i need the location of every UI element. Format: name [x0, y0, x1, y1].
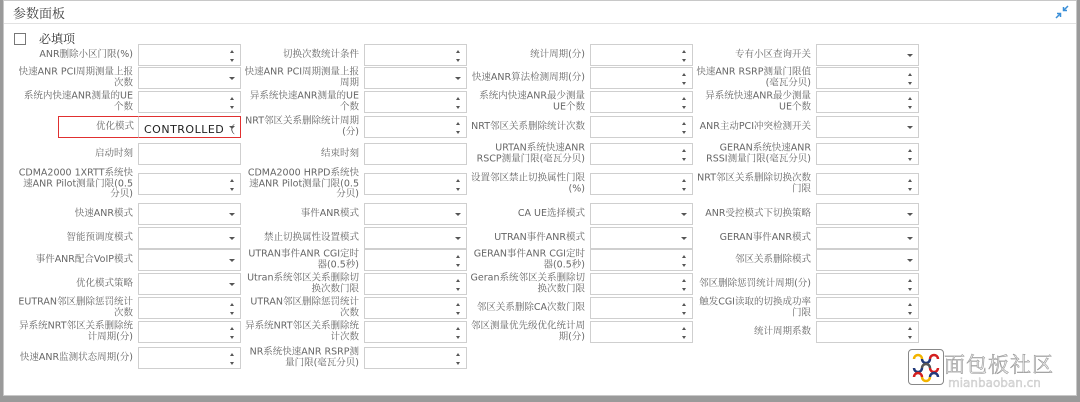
param-field: 统计周期系数	[689, 321, 919, 343]
param-label: ANR删除小区门限(%)	[18, 50, 133, 61]
chevron-down-icon[interactable]	[907, 259, 913, 262]
spinner-arrows-icon[interactable]	[229, 303, 235, 315]
spinner-arrows-icon[interactable]	[681, 50, 687, 62]
param-label: 快速ANR模式	[18, 209, 133, 220]
chevron-down-icon[interactable]	[455, 77, 461, 80]
param-spinner[interactable]	[138, 91, 241, 113]
param-spinner[interactable]	[364, 91, 467, 113]
chevron-down-icon[interactable]	[681, 237, 687, 240]
param-label: UTRAN事件ANR模式	[470, 233, 585, 244]
param-label: 邻区关系删除CA次数门限	[470, 303, 585, 314]
param-spinner[interactable]	[590, 249, 693, 271]
param-spinner[interactable]	[816, 143, 919, 165]
param-field: GERAN系统快速ANR RSSI测量门限(毫瓦分贝)	[689, 143, 919, 165]
param-spinner[interactable]	[590, 91, 693, 113]
param-field: 系统内快速ANR测量的UE个数	[11, 91, 241, 113]
parameter-panel: 参数面板 必填项 ANR删除小区门限(%)切换次数统计条件统计周期(分)专有小区…	[3, 0, 1077, 396]
chevron-down-icon[interactable]	[907, 126, 913, 129]
spinner-arrows-icon[interactable]	[229, 353, 235, 365]
param-field: 启动时刻	[11, 143, 241, 165]
spinner-arrows-icon[interactable]	[681, 73, 687, 85]
param-field: 快速ANR模式	[11, 203, 241, 225]
param-label: EUTRAN邻区删除惩罚统计次数	[18, 298, 133, 319]
param-label: NRT邻区关系删除统计周期(分)	[244, 117, 359, 138]
param-spinner[interactable]	[138, 297, 241, 319]
spinner-arrows-icon[interactable]	[907, 179, 913, 191]
chevron-down-icon[interactable]	[455, 237, 461, 240]
param-spinner[interactable]	[590, 297, 693, 319]
param-spinner[interactable]	[364, 321, 467, 343]
param-spinner[interactable]	[816, 273, 919, 295]
param-field: CDMA2000 HRPD系统快速ANR Pilot测量门限(0.5分贝)	[237, 173, 467, 195]
param-dropdown[interactable]	[138, 249, 241, 271]
param-spinner[interactable]	[138, 173, 241, 195]
param-label: 快速ANR PCI周期测量上报次数	[18, 68, 133, 89]
param-label: UTRAN邻区删除惩罚统计次数	[244, 298, 359, 319]
param-field: 邻区关系删除CA次数门限	[463, 297, 693, 319]
spinner-arrows-icon[interactable]	[681, 179, 687, 191]
param-field: NRT邻区关系删除统计次数	[463, 116, 693, 138]
spinner-arrows-icon[interactable]	[681, 97, 687, 109]
param-dropdown[interactable]	[590, 227, 693, 249]
param-field: ANR受控模式下切换策略	[689, 203, 919, 225]
chevron-down-icon[interactable]	[229, 213, 235, 216]
param-spinner[interactable]	[816, 67, 919, 89]
param-label: CDMA2000 1XRTT系统快速ANR Pilot测量门限(0.5分贝)	[18, 168, 133, 200]
param-field: 设置邻区禁止切换属性门限(%)	[463, 173, 693, 195]
chevron-down-icon[interactable]	[907, 237, 913, 240]
param-spinner[interactable]	[816, 321, 919, 343]
param-dropdown[interactable]	[138, 227, 241, 249]
param-label: URTAN系统快速ANR RSCP测量门限(毫瓦分贝)	[470, 144, 585, 165]
param-dropdown[interactable]	[816, 249, 919, 271]
chevron-down-icon[interactable]	[455, 213, 461, 216]
param-dropdown[interactable]	[816, 44, 919, 66]
param-text-input[interactable]	[364, 143, 467, 165]
param-label: 智能预调度模式	[18, 233, 133, 244]
param-label: 事件ANR配合VoIP模式	[18, 255, 133, 266]
param-label: 启动时刻	[18, 149, 133, 160]
param-dropdown[interactable]	[816, 116, 919, 138]
chevron-down-icon[interactable]	[681, 213, 687, 216]
param-spinner[interactable]	[590, 116, 693, 138]
param-field: Utran系统邻区关系删除切换次数门限	[237, 273, 467, 295]
param-text-input[interactable]	[138, 143, 241, 165]
param-label: 快速ANR RSRP测量门限值(毫瓦分贝)	[696, 68, 811, 89]
param-spinner[interactable]	[364, 297, 467, 319]
param-field: 异系统NRT邻区关系删除统计周期(分)	[11, 321, 241, 343]
spinner-arrows-icon[interactable]	[681, 279, 687, 291]
param-spinner[interactable]	[364, 249, 467, 271]
param-field: 事件ANR配合VoIP模式	[11, 249, 241, 271]
param-field: 快速ANR算法检测周期(分)	[463, 67, 693, 89]
param-label: Geran系统邻区关系删除切换次数门限	[470, 274, 585, 295]
param-field: 触发CGI读取的切换成功率门限	[689, 297, 919, 319]
spinner-arrows-icon[interactable]	[455, 303, 461, 315]
spinner-arrows-icon[interactable]	[455, 97, 461, 109]
param-field: 结束时刻	[237, 143, 467, 165]
param-label: 禁止切换属性设置模式	[244, 233, 359, 244]
param-dropdown[interactable]	[816, 203, 919, 225]
spinner-arrows-icon[interactable]	[681, 327, 687, 339]
param-label: ANR受控模式下切换策略	[696, 209, 811, 220]
required-only-checkbox[interactable]	[14, 33, 26, 45]
param-field: 优化模式策略	[11, 273, 241, 295]
param-label: 统计周期(分)	[470, 50, 585, 61]
param-field: EUTRAN邻区删除惩罚统计次数	[11, 297, 241, 319]
spinner-arrows-icon[interactable]	[907, 327, 913, 339]
chevron-down-icon[interactable]	[229, 283, 235, 286]
param-label: NRT邻区关系删除统计次数	[470, 122, 585, 133]
param-spinner[interactable]	[590, 321, 693, 343]
spinner-arrows-icon[interactable]	[455, 50, 461, 62]
param-label: 异系统快速ANR最少测量UE个数	[696, 92, 811, 113]
param-label: 优化模式策略	[18, 279, 133, 290]
spinner-arrows-icon[interactable]	[681, 122, 687, 134]
param-label: 快速ANR监测状态周期(分)	[18, 353, 133, 364]
param-label: 快速ANR PCI周期测量上报周期	[244, 68, 359, 89]
param-label: 系统内快速ANR测量的UE个数	[18, 92, 133, 113]
param-field: 快速ANR监测状态周期(分)	[11, 347, 241, 369]
param-label: 邻区删除惩罚统计周期(分)	[696, 279, 811, 290]
param-spinner[interactable]	[138, 44, 241, 66]
param-field: 邻区关系删除模式	[689, 249, 919, 271]
param-field: Geran系统邻区关系删除切换次数门限	[463, 273, 693, 295]
param-label: 触发CGI读取的切换成功率门限	[696, 298, 811, 319]
watermark-subtext: mianbaoban.cn	[948, 376, 1041, 390]
param-label: UTRAN事件ANR CGI定时器(0.5秒)	[244, 250, 359, 271]
param-field: 事件ANR模式	[237, 203, 467, 225]
param-field: 切换次数统计条件	[237, 44, 467, 66]
param-field: NRT邻区关系删除切换次数门限	[689, 173, 919, 195]
param-label: NR系统快速ANR RSRP测量门限(毫瓦分贝)	[244, 348, 359, 369]
param-spinner[interactable]	[816, 91, 919, 113]
panel-title: 参数面板	[13, 3, 65, 22]
spinner-arrows-icon[interactable]	[907, 149, 913, 161]
param-field: GERAN事件ANR CGI定时器(0.5秒)	[463, 249, 693, 271]
param-label: 优化模式	[58, 116, 138, 138]
param-label: NRT邻区关系删除切换次数门限	[696, 174, 811, 195]
param-field: CDMA2000 1XRTT系统快速ANR Pilot测量门限(0.5分贝)	[11, 173, 241, 195]
param-label: Utran系统邻区关系删除切换次数门限	[244, 274, 359, 295]
param-field: 异系统NRT邻区关系删除统计次数	[237, 321, 467, 343]
spinner-arrows-icon[interactable]	[907, 97, 913, 109]
param-field: 快速ANR RSRP测量门限值(毫瓦分贝)	[689, 67, 919, 89]
spinner-arrows-icon[interactable]	[681, 149, 687, 161]
param-field: 异系统快速ANR测量的UE个数	[237, 91, 467, 113]
param-dropdown[interactable]	[364, 227, 467, 249]
param-field: 禁止切换属性设置模式	[237, 227, 467, 249]
param-spinner[interactable]	[364, 347, 467, 369]
param-label: 设置邻区禁止切换属性门限(%)	[470, 174, 585, 195]
watermark-text: 面包板社区	[944, 349, 1054, 379]
spinner-arrows-icon[interactable]	[907, 279, 913, 291]
param-spinner[interactable]	[364, 116, 467, 138]
param-label: 邻区关系删除模式	[696, 255, 811, 266]
spinner-arrows-icon[interactable]	[229, 50, 235, 62]
param-field: UTRAN事件ANR CGI定时器(0.5秒)	[237, 249, 467, 271]
param-label: 统计周期系数	[696, 327, 811, 338]
param-field: UTRAN事件ANR模式	[463, 227, 693, 249]
watermark-logo-icon	[908, 349, 944, 385]
param-dropdown[interactable]	[816, 227, 919, 249]
param-dropdown[interactable]	[138, 67, 241, 89]
param-spinner[interactable]	[590, 173, 693, 195]
param-spinner[interactable]	[138, 347, 241, 369]
param-field: ANR删除小区门限(%)	[11, 44, 241, 66]
param-dropdown[interactable]	[364, 67, 467, 89]
spinner-arrows-icon[interactable]	[681, 255, 687, 267]
param-spinner[interactable]	[590, 273, 693, 295]
spinner-arrows-icon[interactable]	[455, 327, 461, 339]
param-spinner[interactable]	[138, 321, 241, 343]
param-label: 快速ANR算法检测周期(分)	[470, 73, 585, 84]
param-field: 统计周期(分)	[463, 44, 693, 66]
spinner-arrows-icon[interactable]	[681, 303, 687, 315]
param-field: 异系统快速ANR最少测量UE个数	[689, 91, 919, 113]
param-spinner[interactable]	[364, 173, 467, 195]
param-spinner[interactable]	[364, 44, 467, 66]
chevron-down-icon[interactable]	[907, 213, 913, 216]
param-dropdown[interactable]	[590, 203, 693, 225]
param-label: 专有小区查询开关	[696, 50, 811, 61]
param-label: GERAN事件ANR模式	[696, 233, 811, 244]
param-label: 系统内快速ANR最少测量UE个数	[470, 92, 585, 113]
spinner-arrows-icon[interactable]	[455, 279, 461, 291]
param-field: URTAN系统快速ANR RSCP测量门限(毫瓦分贝)	[463, 143, 693, 165]
param-spinner[interactable]	[590, 67, 693, 89]
spinner-arrows-icon[interactable]	[455, 122, 461, 134]
param-spinner[interactable]	[364, 273, 467, 295]
param-label: GERAN系统快速ANR RSSI测量门限(毫瓦分贝)	[696, 144, 811, 165]
param-dropdown[interactable]: CONTROLLED（	[138, 116, 241, 138]
param-label: 邻区测量优先级优化统计周期(分)	[470, 322, 585, 343]
param-field: NR系统快速ANR RSRP测量门限(毫瓦分贝)	[237, 347, 467, 369]
param-label: 异系统快速ANR测量的UE个数	[244, 92, 359, 113]
spinner-arrows-icon[interactable]	[229, 97, 235, 109]
param-field: 专有小区查询开关	[689, 44, 919, 66]
param-field: 快速ANR PCI周期测量上报周期	[237, 67, 467, 89]
chevron-down-icon[interactable]	[229, 77, 235, 80]
param-label: 异系统NRT邻区关系删除统计次数	[244, 322, 359, 343]
param-field: 邻区测量优先级优化统计周期(分)	[463, 321, 693, 343]
param-label: GERAN事件ANR CGI定时器(0.5秒)	[470, 250, 585, 271]
spinner-arrows-icon[interactable]	[907, 303, 913, 315]
panel-header: 参数面板	[4, 1, 1076, 24]
collapse-arrows-icon[interactable]	[1054, 4, 1070, 20]
param-field: ANR主动PCI冲突检测开关	[689, 116, 919, 138]
param-field: 系统内快速ANR最少测量UE个数	[463, 91, 693, 113]
param-label: 切换次数统计条件	[244, 50, 359, 61]
spinner-arrows-icon[interactable]	[455, 179, 461, 191]
spinner-arrows-icon[interactable]	[229, 327, 235, 339]
chevron-down-icon[interactable]	[229, 126, 235, 129]
param-label: CA UE选择模式	[470, 209, 585, 220]
param-label: 结束时刻	[244, 149, 359, 160]
param-label: 事件ANR模式	[244, 209, 359, 220]
param-label: 异系统NRT邻区关系删除统计周期(分)	[18, 322, 133, 343]
param-field: CA UE选择模式	[463, 203, 693, 225]
param-field: GERAN事件ANR模式	[689, 227, 919, 249]
spinner-arrows-icon[interactable]	[229, 179, 235, 191]
chevron-down-icon[interactable]	[907, 54, 913, 57]
param-dropdown[interactable]	[138, 273, 241, 295]
spinner-arrows-icon[interactable]	[907, 73, 913, 85]
chevron-down-icon[interactable]	[229, 237, 235, 240]
param-field: 优化模式CONTROLLED（	[11, 116, 241, 138]
param-dropdown[interactable]	[364, 203, 467, 225]
param-field: 智能预调度模式	[11, 227, 241, 249]
param-field: 邻区删除惩罚统计周期(分)	[689, 273, 919, 295]
param-spinner[interactable]	[590, 44, 693, 66]
param-spinner[interactable]	[816, 173, 919, 195]
param-value: CONTROLLED（	[144, 121, 236, 137]
spinner-arrows-icon[interactable]	[455, 353, 461, 365]
param-field: NRT邻区关系删除统计周期(分)	[237, 116, 467, 138]
param-spinner[interactable]	[590, 143, 693, 165]
param-label: ANR主动PCI冲突检测开关	[696, 122, 811, 133]
param-dropdown[interactable]	[138, 203, 241, 225]
param-label: CDMA2000 HRPD系统快速ANR Pilot测量门限(0.5分贝)	[244, 168, 359, 200]
param-spinner[interactable]	[816, 297, 919, 319]
spinner-arrows-icon[interactable]	[455, 255, 461, 267]
param-field: UTRAN邻区删除惩罚统计次数	[237, 297, 467, 319]
param-field: 快速ANR PCI周期测量上报次数	[11, 67, 241, 89]
chevron-down-icon[interactable]	[229, 259, 235, 262]
